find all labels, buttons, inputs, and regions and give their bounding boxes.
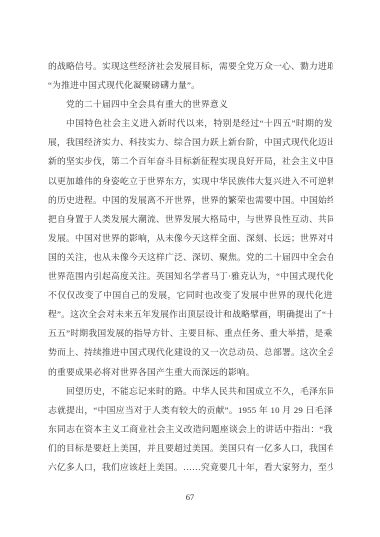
text-line: 五五”时期我国发展的指导方针、主要目标、重点任务、重大举措，是乘 [48, 324, 333, 343]
text-block: 的战略信号。实现这些经济社会发展目标，需要全党万众一心、勠力进取，“为推进中国式… [48, 57, 333, 477]
text-line: 展，我国经济实力、科技实力、综合国力跃上新台阶，中国式现代化迈出 [48, 133, 333, 152]
text-line: 回望历史，不能忘记来时的路。中华人民共和国成立不久，毛泽东同 [48, 382, 333, 401]
text-line: 志就提出，“中国应当对于人类有较大的贡献”。1955 年 10 月 29 日毛泽 [48, 401, 333, 420]
text-line: 发展。中国对世界的影响，从未像今天这样全面、深刻、长远；世界对中 [48, 229, 333, 248]
text-line: 程”。这次全会对未来五年发展作出顶层设计和战略擘画，明确提出了“十 [48, 305, 333, 324]
text-line: 不仅仅改变了中国自己的发展，它同时也改变了发展中世界的现代化进 [48, 286, 333, 305]
text-line: 国的关注，也从未像今天这样广泛、深切、聚焦。党的二十届四中全会在 [48, 248, 333, 267]
text-line: 势而上、持续推进中国式现代化建设的又一次总动员、总部署。这次全会 [48, 343, 333, 362]
text-line: 以更加雄伟的身姿屹立于世界东方，实现中华民族伟大复兴进入不可逆转 [48, 172, 333, 191]
text-line: 的重要成果必将对世界各国产生重大而深远的影响。 [48, 363, 333, 382]
text-line: 的战略信号。实现这些经济社会发展目标，需要全党万众一心、勠力进取， [48, 57, 333, 76]
text-line: 东同志在资本主义工商业社会主义改造问题座谈会上的讲话中指出：“我 [48, 420, 333, 439]
section-heading: 党的二十届四中全会具有重大的世界意义 [48, 95, 333, 114]
text-line: 的历史进程。中国的发展离不开世界，世界的繁荣也需要中国。中国始终 [48, 191, 333, 210]
text-line: 中国特色社会主义进入新时代以来，特别是经过“十四五”时期的发 [48, 114, 333, 133]
page-number: 67 [0, 490, 380, 504]
text-line: 们的目标是要赶上美国，并且要超过美国。美国只有一亿多人口，我国有 [48, 439, 333, 458]
document-page: 的战略信号。实现这些经济社会发展目标，需要全党万众一心、勠力进取，“为推进中国式… [0, 0, 380, 537]
text-line: 把自身置于人类发展大潮流、世界发展大格局中，与世界良性互动、共同 [48, 210, 333, 229]
text-line: 六亿多人口，我们应该赶上美国。……究竟要几十年，看大家努力，至少 [48, 458, 333, 477]
text-line: 世界范围内引起高度关注。英国知名学者马丁·雅克认为，“中国式现代化， [48, 267, 333, 286]
text-line: “为推进中国式现代化凝聚磅礴力量”。 [48, 76, 333, 95]
text-line: 新的坚实步伐，第二个百年奋斗目标新征程实现良好开局，社会主义中国 [48, 152, 333, 171]
